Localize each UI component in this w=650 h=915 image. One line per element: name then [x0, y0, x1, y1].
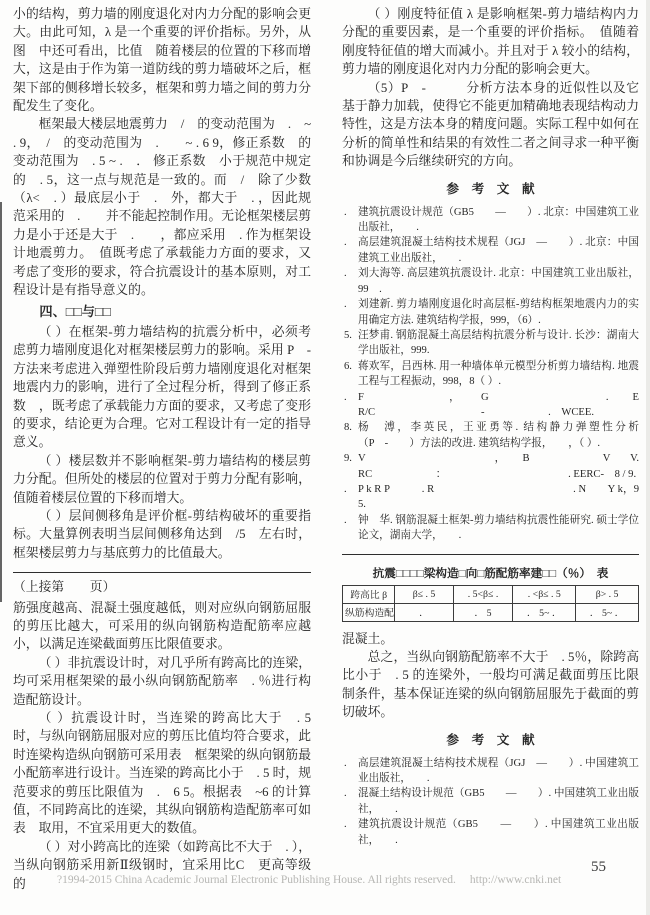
reference-number: 6. — [344, 359, 352, 374]
footer-copyright-line: ?1994-2015 China Academic Journal Electr… — [57, 874, 561, 886]
table-header-cell: 跨高比 β — [343, 585, 395, 603]
scan-edge-artifact-right — [646, 0, 650, 915]
reference-text: F ，G . E R/C - . WCEE. — [358, 392, 650, 418]
reference-text: 建筑抗震设计规范（GB5 — ）. 中国建筑工业出版社， . — [358, 819, 639, 845]
table-header-cell: β≤ . 5 — [395, 585, 453, 603]
conclusion-item-5: （5）P - 分析方法本身的近似性以及它基于静力加载，使得它不能更加精确地表现结… — [342, 79, 639, 171]
reference-text: 建筑抗震设计规范（GB5 — ）. 北京：中国建筑工业出版社， . — [358, 207, 639, 233]
reference-item: . 混凝土结构设计规范（GB5 — ）. 中国建筑工业出版社， . — [342, 786, 639, 817]
page-number: 55 — [591, 859, 606, 875]
scan-edge-artifact-left — [0, 202, 2, 602]
reference-number: . — [344, 205, 347, 220]
reference-text: 钟 华. 钢筋混凝土框架-剪力墙结构抗震性能研究. 硕士学位论文，湖南大学， . — [358, 515, 639, 541]
reference-text: 刘大海等. 高层建筑抗震设计. 北京：中国建筑工业出版社，99 . — [358, 268, 639, 294]
reference-item: 9. V ，B V V. RC ： . EERC- 8 / 9. — [342, 451, 639, 482]
reference-number: . — [344, 786, 347, 801]
table-section-rule — [342, 554, 639, 555]
reference-number: . — [344, 513, 347, 528]
reference-list-2: . 高层建筑混凝土结构技术规程（JGJ — ）. 中国建筑工业出版社， . . … — [342, 756, 639, 848]
table-data-cell: ． 5~ ． — [576, 603, 639, 621]
continued-section-rule — [13, 572, 311, 573]
reference-item: 6. 蒋欢军，吕西林. 用一种墙体单元模型分析剪力墙结构. 地震工程与工程振动，… — [342, 359, 639, 390]
table-data-cell: 纵筋构造配筋率 — [343, 603, 395, 621]
reference-item: . 刘建新. 剪力墙刚度退化时高层框-剪结构框架地震内力的实用确定方法. 建筑结… — [342, 297, 639, 328]
reference-number: . — [344, 266, 347, 281]
reference-item: 5. 汪梦甫. 钢筋混凝土高层结构抗震分析与设计. 长沙：湖南大学出版社，999… — [342, 328, 639, 359]
scanned-page: 小的结构，剪力墙的刚度退化对内力分配的影响会更大。由此可知，λ 是一个重要的评价… — [0, 0, 650, 915]
table-title: 抗震□□□□梁构造□向□筋配筋率建□□（％） 表 — [342, 566, 639, 581]
reference-text: 汪梦甫. 钢筋混凝土高层结构抗震分析与设计. 长沙：湖南大学出版社，999. — [358, 330, 639, 356]
footer-copyright: ?1994-2015 China Academic Journal Electr… — [57, 874, 456, 886]
table-data-cell: ． 5~ ． — [513, 603, 576, 621]
reference-number: . — [344, 482, 347, 497]
right-column: （ ）刚度特征值 λ 是影响框架-剪力墙结构内力分配的重要因素，是一个重要的评价… — [342, 5, 639, 848]
reference-number: . — [344, 297, 347, 312]
reference-item: . 钟 华. 钢筋混凝土框架-剪力墙结构抗震性能研究. 硕士学位论文，湖南大学，… — [342, 513, 639, 544]
table-header-row: 跨高比 ββ≤ . 5. 5<β≤ .. <β≤ . 5β> . 5 — [343, 585, 639, 603]
reference-item: . 高层建筑混凝土结构技术规程（JGJ — ）. 中国建筑工业出版社， . — [342, 756, 639, 787]
conclusion-item-3: （ ）层间侧移角是评价框-剪结构破坏的重要指标。大量算例表明当层间侧移角达到 /… — [13, 507, 311, 562]
reference-text: 混凝土结构设计规范（GB5 — ）. 中国建筑工业出版社， . — [358, 788, 639, 814]
reference-number: 9. — [344, 451, 352, 466]
continued-paragraph: 小的结构，剪力墙的刚度退化对内力分配的影响会更大。由此可知，λ 是一个重要的评价… — [13, 5, 311, 115]
footer-url: http://www.cnki.net — [470, 874, 561, 886]
reference-item: . P k R P . R . N Y k，9 5. — [342, 482, 639, 513]
conclusion-item-1: （ ）在框架-剪力墙结构的抗震分析中，必须考虑剪力墙刚度退化对框架楼层剪力的影响… — [13, 323, 311, 452]
rebar-ratio-table: 跨高比 ββ≤ . 5. 5<β≤ .. <β≤ . 5β> . 5 纵筋构造配… — [342, 585, 639, 622]
cont-paragraph-3: （ ）抗震设计时，当连梁的跨高比大于 . 5 时，与纵向钢筋屈服对应的剪压比值均… — [13, 709, 311, 838]
reference-text: 高层建筑混凝土结构技术规程（JGJ — ）. 北京：中国建筑工业出版社， . — [358, 237, 639, 263]
reference-item: . 建筑抗震设计规范（GB5 — ）. 中国建筑工业出版社， . — [342, 817, 639, 848]
reference-item: . F ，G . E R/C - . WCEE. — [342, 390, 639, 421]
reference-item: . 高层建筑混凝土结构技术规程（JGJ — ）. 北京：中国建筑工业出版社， . — [342, 235, 639, 266]
conclusion-item-4: （ ）刚度特征值 λ 是影响框架-剪力墙结构内力分配的重要因素，是一个重要的评价… — [342, 5, 639, 79]
cont-paragraph-1: 筋强度越高、混凝土强度越低，则对应纵向钢筋屈服的剪压比越大，可采用的纵向钢筋构造… — [13, 599, 311, 654]
reference-text: 刘建新. 剪力墙刚度退化时高层框-剪结构框架地震内力的实用确定方法. 建筑结构学… — [358, 299, 639, 325]
conclusion-item-2: （ ）楼层数并不影响框架-剪力墙结构的楼层剪力分配。但所处的楼层的位置对于剪力分… — [13, 452, 311, 507]
reference-item: . 刘大海等. 高层建筑抗震设计. 北京：中国建筑工业出版社，99 . — [342, 266, 639, 297]
reference-text: 高层建筑混凝土结构技术规程（JGJ — ）. 中国建筑工业出版社， . — [358, 758, 639, 784]
reference-text: P k R P . R . N Y k，9 5. — [358, 484, 639, 510]
reference-number: . — [344, 235, 347, 250]
references-heading: 参 考 文 献 — [342, 181, 639, 197]
table-data-row: 纵筋构造配筋率．． 5． 5~ ．． 5~ ． — [343, 603, 639, 621]
table-header-cell: β> . 5 — [576, 585, 639, 603]
reference-item: . 建筑抗震设计规范（GB5 — ）. 北京：中国建筑工业出版社， . — [342, 205, 639, 236]
table-header-cell: . <β≤ . 5 — [513, 585, 576, 603]
table-header-cell: . 5<β≤ . — [453, 585, 513, 603]
reference-list: . 建筑抗震设计规范（GB5 — ）. 北京：中国建筑工业出版社， . . 高层… — [342, 205, 639, 544]
reference-number: 8. — [344, 420, 352, 435]
cont-paragraph-2: （ ）非抗震设计时，对几乎所有跨高比的连梁，均可采用框架梁的最小纵向钢筋配筋率 … — [13, 654, 311, 709]
shear-range-paragraph: 框架最大楼层地震剪力 / 的变动范围为 . ~ . 9， / 的变动范围为 . … — [13, 115, 311, 299]
table-data-cell: ． 5 — [453, 603, 513, 621]
references2-heading: 参 考 文 献 — [342, 732, 639, 748]
left-column: 小的结构，剪力墙的刚度退化对内力分配的影响会更大。由此可知，λ 是一个重要的评价… — [13, 5, 311, 893]
continued-from-note: （上接第 页） — [13, 578, 311, 596]
reference-number: . — [344, 390, 347, 405]
reference-text: 蒋欢军，吕西林. 用一种墙体单元模型分析剪力墙结构. 地震工程与工程振动，998… — [358, 361, 639, 387]
reference-item: 8. 杨 溥，李英民，王亚勇等. 结构静力弹塑性分析（P - ）方法的改进. 建… — [342, 420, 639, 451]
summary-paragraph: 总之，当纵向钢筋配筋率不大于 . 5％，除跨高比小于 . 5 的连梁外，一般均可… — [342, 648, 639, 722]
sentence-continuation: 混凝土。 — [342, 630, 639, 648]
reference-text: 杨 溥，李英民，王亚勇等. 结构静力弹塑性分析（P - ）方法的改进. 建筑结构… — [358, 422, 639, 448]
reference-text: V ，B V V. RC ： . EERC- 8 / 9. — [358, 453, 650, 479]
reference-number: . — [344, 756, 347, 771]
reference-number: . — [344, 817, 347, 832]
table-data-cell: ． — [395, 603, 453, 621]
section-heading-conclusions: 四、□□与□□ — [13, 303, 311, 321]
reference-number: 5. — [344, 328, 352, 343]
